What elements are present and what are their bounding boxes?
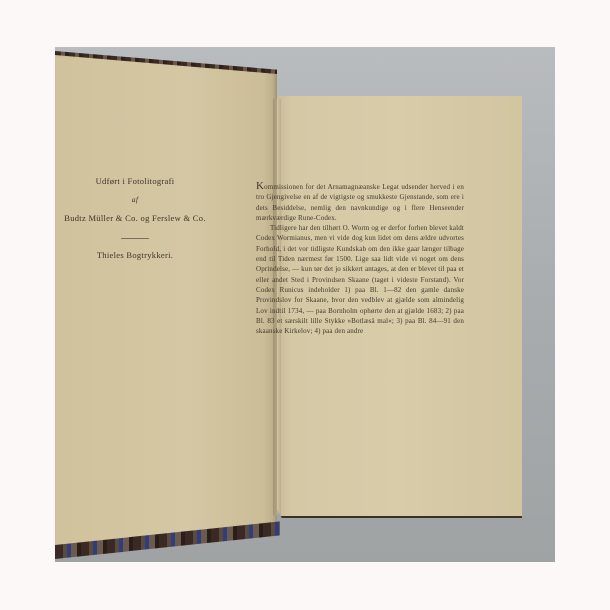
paragraph: Tidligere har den tilhørt O. Worm og er … xyxy=(256,223,464,336)
dropcap: K xyxy=(256,180,264,192)
left-page-imprint: Udført i Fotolitografi af Budtz Müller &… xyxy=(35,176,235,260)
paragraph-text: ommissionen for det Arnamagnæanske Legat… xyxy=(256,183,464,222)
divider xyxy=(121,238,149,239)
imprint-line: Budtz Müller & Co. og Ferslew & Co. xyxy=(35,213,235,223)
imprint-line: Udført i Fotolitografi xyxy=(35,176,235,186)
imprint-line: af xyxy=(35,195,235,204)
right-page-text: Kommissionen for det Arnamagnæanske Lega… xyxy=(256,181,464,336)
paragraph: Kommissionen for det Arnamagnæanske Lega… xyxy=(256,181,464,223)
imprint-printer: Thieles Bogtrykkeri. xyxy=(35,250,235,260)
left-page xyxy=(55,55,277,553)
